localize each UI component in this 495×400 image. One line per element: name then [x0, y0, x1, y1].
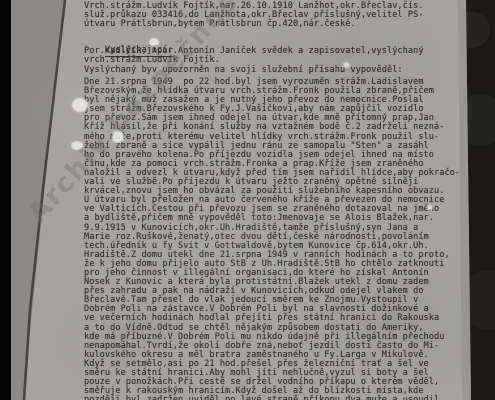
damage-spot	[149, 38, 159, 46]
damage-spot	[71, 141, 83, 150]
film-border	[0, 0, 11, 400]
subject-identification-block: Vrch.strážm.Ludvík Fojtík,nar.26.10.1910…	[84, 2, 424, 29]
oath-statement-line: Vyslýchaný byv upozorněn na svoji služeb…	[84, 66, 403, 75]
damage-spot	[427, 205, 433, 210]
damage-spot	[72, 98, 88, 112]
damage-spot	[112, 131, 124, 143]
interrogators-block: Por.Kadlčík, npor.Antonín Janíček svědek…	[84, 47, 424, 65]
scanned-document: Archiv bezpečnostních složek Vrch.strážm…	[0, 0, 495, 400]
damage-spot	[343, 62, 350, 68]
testimony-paragraph: Dne 21.srpna 1949 po 22 hod.byl jsem vyr…	[84, 78, 460, 400]
